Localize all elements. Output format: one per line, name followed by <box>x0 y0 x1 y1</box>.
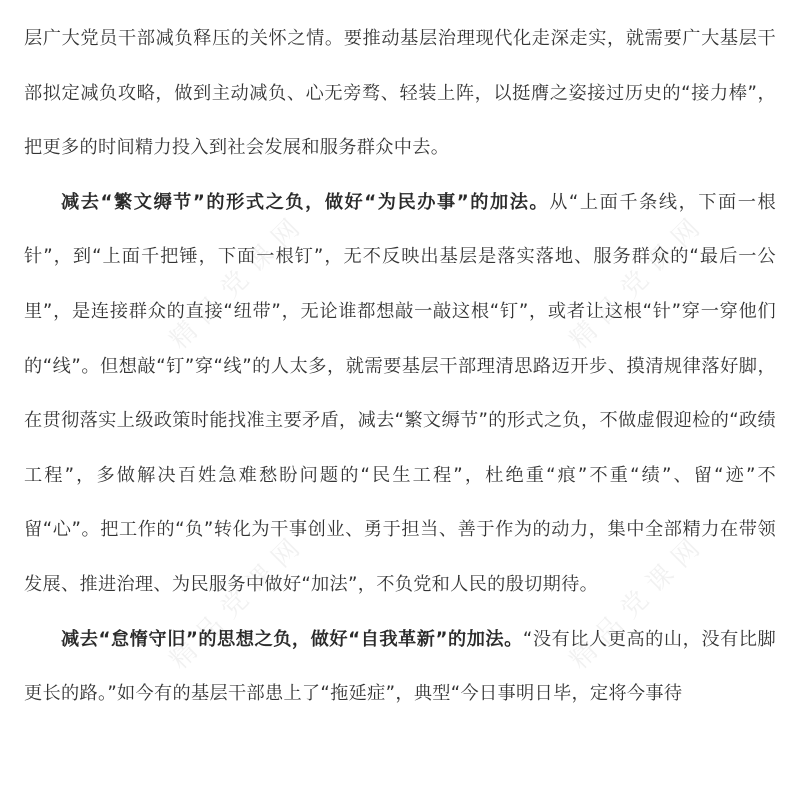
paragraph-2-lead: 减去“繁文缛节”的形式之负，做好“为民办事”的加法。 <box>61 192 549 213</box>
paragraph-2: 减去“繁文缛节”的形式之负，做好“为民办事”的加法。从“上面千条线，下面一根针”… <box>24 176 776 613</box>
paragraph-2-text: 从“上面千条线，下面一根针”，到“上面千把锤，下面一根钉”，无不反映出基层是落实… <box>24 192 776 595</box>
paragraph-3: 减去“怠惰守旧”的思想之负，做好“自我革新”的加法。“没有比人更高的山，没有比脚… <box>24 613 776 722</box>
document-body: 层广大党员干部减负释压的关怀之情。要推动基层治理现代化走深走实，就需要广大基层干… <box>24 12 776 722</box>
paragraph-1: 层广大党员干部减负释压的关怀之情。要推动基层治理现代化走深走实，就需要广大基层干… <box>24 12 776 176</box>
paragraph-1-text: 层广大党员干部减负释压的关怀之情。要推动基层治理现代化走深走实，就需要广大基层干… <box>24 28 776 158</box>
paragraph-3-lead: 减去“怠惰守旧”的思想之负，做好“自我革新”的加法。 <box>61 629 523 650</box>
